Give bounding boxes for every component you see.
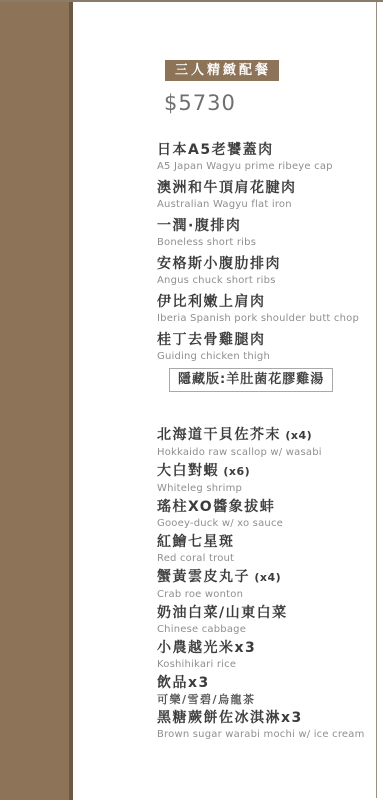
menu-item-subtitle: Brown sugar warabi mochi w/ ice cream	[157, 728, 376, 741]
top-border-line	[0, 0, 383, 2]
menu-item: 安格斯小腹肋排肉Angus chuck short ribs	[157, 254, 376, 287]
menu-item-subtitle: Whiteleg shrimp	[157, 482, 376, 495]
menu-item: 一潤·腹排肉Boneless short ribs	[157, 216, 376, 249]
menu-item: 奶油白菜/山東白菜Chinese cabbage	[157, 603, 376, 636]
menu-item-title: 澳洲和牛頂肩花腱肉	[157, 178, 376, 198]
course-list-seafood-sides-desserts: 北海道干貝佐芥末 (x4)Hokkaido raw scallop w/ was…	[157, 425, 376, 741]
menu-item-title: 瑤柱XO醬象拔蚌	[157, 497, 376, 517]
menu-item-title: 紅鱠七星斑	[157, 532, 376, 552]
menu-item: 飲品x3可樂/雪碧/烏龍茶	[157, 673, 376, 706]
menu-item-subtitle: A5 Japan Wagyu prime ribeye cap	[157, 160, 376, 173]
menu-item-title: 小農越光米x3	[157, 638, 376, 658]
menu-item: 黑糖蕨餅佐冰淇淋x3Brown sugar warabi mochi w/ ic…	[157, 708, 376, 741]
left-brown-sidebar	[0, 0, 73, 800]
menu-item: 澳洲和牛頂肩花腱肉Australian Wagyu flat iron	[157, 178, 376, 211]
menu-item-title: 安格斯小腹肋排肉	[157, 254, 376, 274]
set-menu-price: $5730	[164, 92, 376, 115]
menu-content: 三人精緻配餐 $5730 日本A5老饕蓋肉A5 Japan Wagyu prim…	[73, 0, 377, 798]
menu-item: 日本A5老饕蓋肉A5 Japan Wagyu prime ribeye cap	[157, 140, 376, 173]
menu-page: 三人精緻配餐 $5730 日本A5老饕蓋肉A5 Japan Wagyu prim…	[0, 0, 383, 800]
menu-item-subtitle: Koshihikari rice	[157, 658, 376, 671]
menu-item-subtitle: Red coral trout	[157, 552, 376, 565]
menu-item-subtitle: Boneless short ribs	[157, 236, 376, 249]
menu-item-title: 北海道干貝佐芥末 (x4)	[157, 425, 376, 446]
menu-item: 小農越光米x3Koshihikari rice	[157, 638, 376, 671]
menu-item-quantity: (x4)	[250, 571, 281, 584]
menu-item: 紅鱠七星斑Red coral trout	[157, 532, 376, 565]
menu-item: 蟹黃雲皮丸子 (x4)Crab roe wonton	[157, 567, 376, 601]
menu-item-subtitle: Iberia Spanish pork shoulder butt chop	[157, 312, 376, 325]
menu-item-title: 飲品x3	[157, 673, 376, 693]
hidden-dish-badge: 隱藏版:羊肚菌花膠雞湯	[169, 368, 333, 392]
menu-item-quantity: (x6)	[219, 465, 250, 478]
menu-item-quantity: (x4)	[281, 429, 312, 442]
menu-item-title: 伊比利嫩上肩肉	[157, 292, 376, 312]
menu-item-title: 奶油白菜/山東白菜	[157, 603, 376, 623]
menu-item-subtitle: Angus chuck short ribs	[157, 274, 376, 287]
menu-item-subtitle: Australian Wagyu flat iron	[157, 198, 376, 211]
menu-item-subtitle: Crab roe wonton	[157, 588, 376, 601]
menu-item: 北海道干貝佐芥末 (x4)Hokkaido raw scallop w/ was…	[157, 425, 376, 459]
menu-item-subtitle: Guiding chicken thigh	[157, 350, 376, 363]
menu-item-subtitle: 可樂/雪碧/烏龍茶	[157, 693, 376, 706]
menu-item-title: 蟹黃雲皮丸子 (x4)	[157, 567, 376, 588]
menu-item-title: 一潤·腹排肉	[157, 216, 376, 236]
menu-item-title: 日本A5老饕蓋肉	[157, 140, 376, 160]
menu-item-subtitle: Gooey-duck w/ xo sauce	[157, 517, 376, 530]
menu-item-subtitle: Hokkaido raw scallop w/ wasabi	[157, 446, 376, 459]
menu-item: 伊比利嫩上肩肉Iberia Spanish pork shoulder butt…	[157, 292, 376, 325]
menu-item: 瑤柱XO醬象拔蚌Gooey-duck w/ xo sauce	[157, 497, 376, 530]
set-menu-title-badge: 三人精緻配餐	[165, 60, 279, 81]
menu-item-title: 桂丁去骨雞腿肉	[157, 330, 376, 350]
menu-item-subtitle: Chinese cabbage	[157, 623, 376, 636]
menu-item: 桂丁去骨雞腿肉Guiding chicken thigh	[157, 330, 376, 363]
menu-item-title: 大白對蝦 (x6)	[157, 461, 376, 482]
menu-item: 大白對蝦 (x6)Whiteleg shrimp	[157, 461, 376, 495]
menu-item-title: 黑糖蕨餅佐冰淇淋x3	[157, 708, 376, 728]
course-list-mains: 日本A5老饕蓋肉A5 Japan Wagyu prime ribeye cap澳…	[157, 140, 376, 363]
